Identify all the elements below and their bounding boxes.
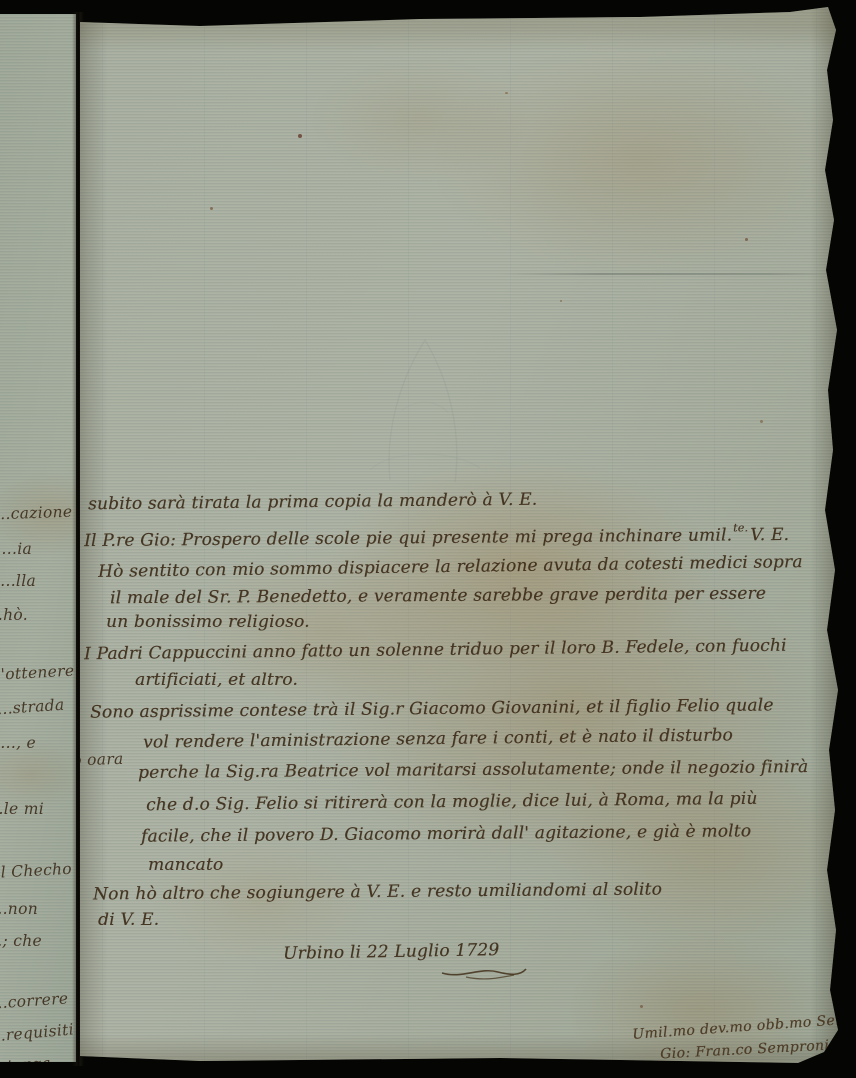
foxing-speck xyxy=(210,207,213,210)
handwritten-line: un bonissimo religioso. xyxy=(106,612,310,632)
margin-fragment: ...cazione xyxy=(0,503,72,524)
margin-fragment: ..., e xyxy=(0,734,36,752)
handwritten-line: il male del Sr. P. Benedetto, e verament… xyxy=(110,584,766,609)
margin-fragment: ...le mi xyxy=(0,800,44,818)
margin-fragment: ...correre xyxy=(0,989,69,1012)
flourish-underline xyxy=(438,964,530,982)
handwritten-line: mancato xyxy=(148,855,223,875)
margin-fragment: ...ia xyxy=(2,540,32,558)
foxing-speck xyxy=(298,134,302,138)
handwritten-line: che d.o Sig. Felio si ritirerà con la mo… xyxy=(146,789,758,815)
handwritten-line: facile, che il povero D. Giacomo morirà … xyxy=(141,821,751,846)
handwritten-line: di V. E. xyxy=(98,910,159,930)
handwritten-line: I Padri Cappuccini anno fatto un solenne… xyxy=(84,636,787,665)
superscript-abbreviation: te. xyxy=(733,521,748,534)
handwritten-line: vol rendere l'aministrazione senza fare … xyxy=(143,725,733,752)
handwritten-line: artificiati, et altro. xyxy=(135,670,298,690)
handwritten-line: subito sarà tirata la prima copia la man… xyxy=(88,490,538,515)
foxing-speck xyxy=(505,92,508,94)
margin-fragment: ...'ottenere xyxy=(0,662,74,685)
ghost-sketch xyxy=(330,320,520,500)
handwritten-line: Sono asprissime contese trà il Sig.r Gia… xyxy=(90,695,774,722)
handwritten-line: perche la Sig.ra Beatrice vol maritarsi … xyxy=(138,757,808,783)
margin-fragment: ...tenza. xyxy=(0,1054,57,1062)
margin-fragment: ...l Checho xyxy=(0,860,72,883)
dateline: Urbino li 22 Luglio 1729 xyxy=(283,940,500,964)
handwritten-line: Non hò altro che sogiungere à V. E. e re… xyxy=(93,880,662,905)
foxing-speck xyxy=(560,300,562,302)
foxing-speck xyxy=(745,238,748,241)
foxing-speck xyxy=(760,420,763,423)
handwritten-line: Il P.re Gio: Prospero delle scole pie qu… xyxy=(84,521,789,551)
fold-crease xyxy=(500,273,836,275)
margin-fragment: ...lla xyxy=(0,572,36,590)
signature-name: Gio: Fran.co Semproni xyxy=(660,1038,830,1063)
manuscript-page: ...e sommo oara subito sarà tirata la pr… xyxy=(0,0,856,1078)
margin-fragment: ...hò. xyxy=(0,606,28,624)
margin-fragment: ...non xyxy=(0,900,38,918)
handwritten-line: Hò sentito con mio sommo dispiacere la r… xyxy=(98,552,803,582)
margin-fragment: ...requisiti xyxy=(0,1020,75,1045)
facing-page-edge: ...cazione ...ia ...lla ...hò. ...'otten… xyxy=(0,14,76,1062)
foxing-speck xyxy=(640,1005,643,1008)
margin-fragment: ...; che xyxy=(0,932,42,950)
margin-fragment: ...strada xyxy=(0,696,65,719)
scan-background: ...cazione ...ia ...lla ...hò. ...'otten… xyxy=(0,0,856,1078)
